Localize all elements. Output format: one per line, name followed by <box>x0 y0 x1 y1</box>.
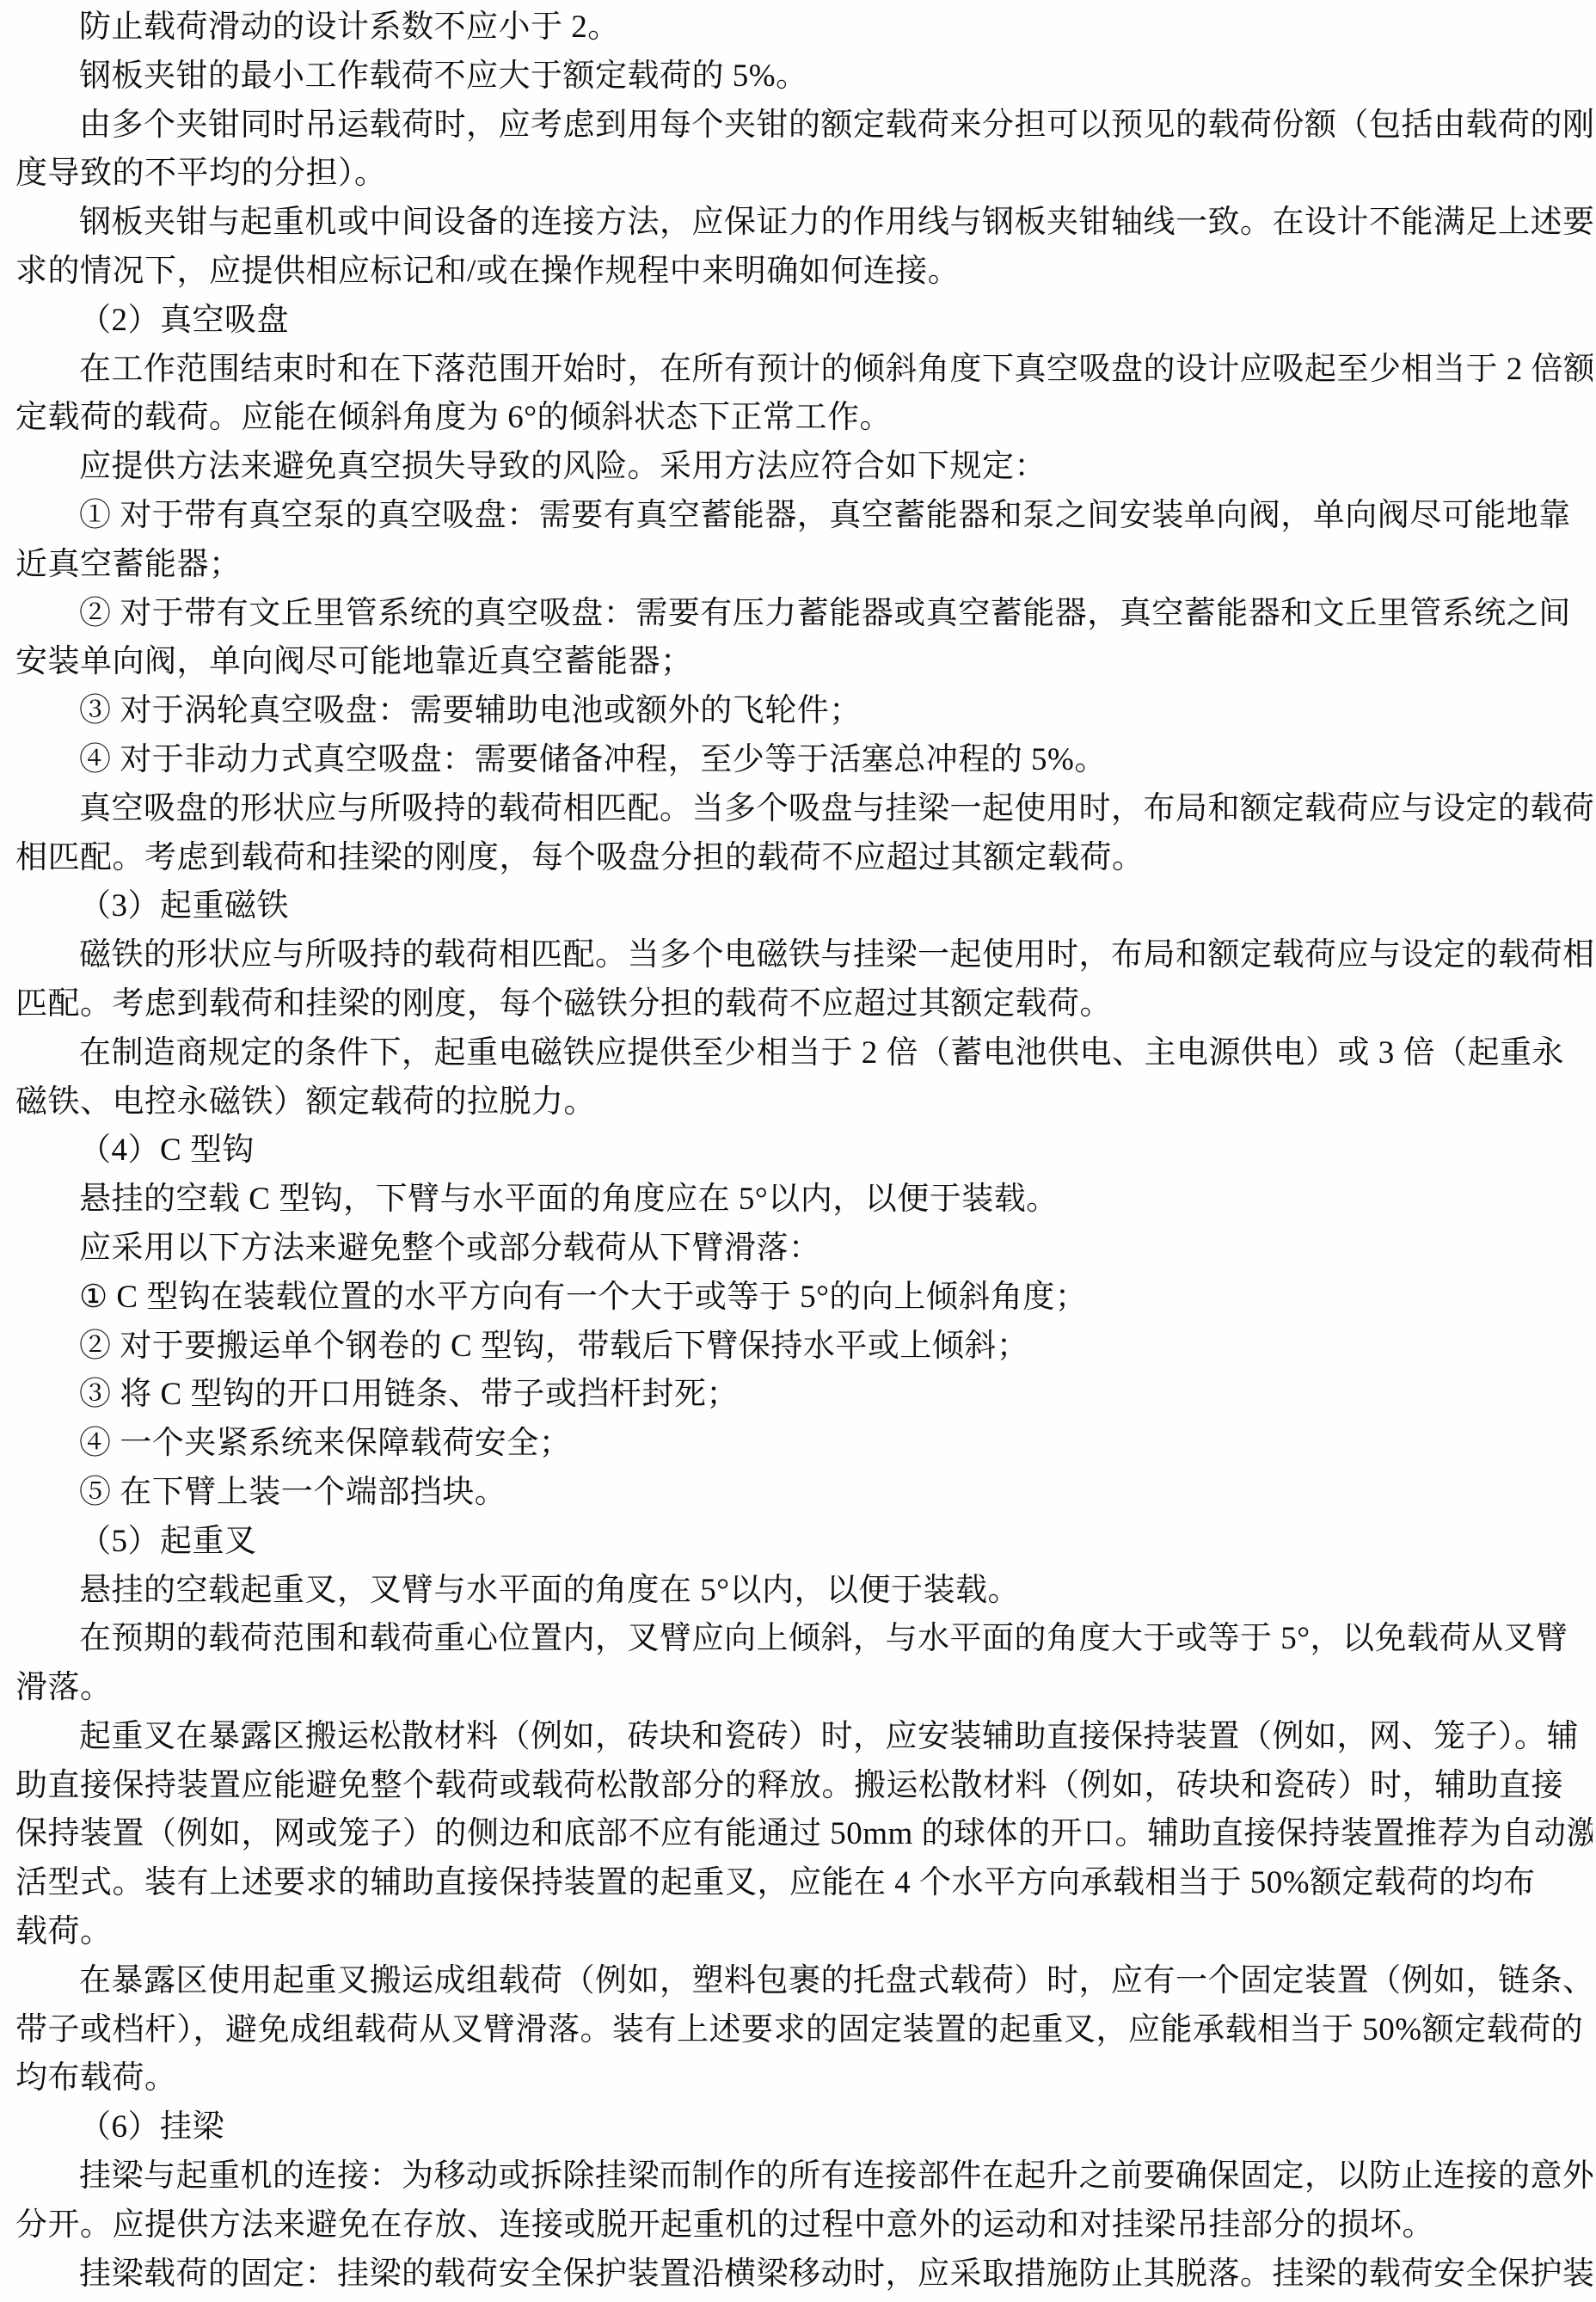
text-line: 度导致的不平均的分担）。 <box>15 150 1593 199</box>
text-line: ⑤ 在下臂上装一个端部挡块。 <box>15 1469 1593 1518</box>
text-line: 应采用以下方法来避免整个或部分载荷从下臂滑落： <box>15 1225 1593 1274</box>
text-line: （6）挂梁 <box>15 2103 1593 2152</box>
text-line: 求的情况下，应提供相应标记和/或在操作规程中来明确如何连接。 <box>15 248 1593 297</box>
text-line: 载荷。 <box>15 1908 1593 1957</box>
text-line: 磁铁的形状应与所吸持的载荷相匹配。当多个电磁铁与挂梁一起使用时，布局和额定载荷应… <box>15 931 1593 980</box>
text-line: 滑落。 <box>15 1664 1593 1713</box>
text-line: ④ 一个夹紧系统来保障载荷安全； <box>15 1420 1593 1469</box>
text-line: ④ 对于非动力式真空吸盘：需要储备冲程，至少等于活塞总冲程的 5%。 <box>15 736 1593 785</box>
text-line: 由多个夹钳同时吊运载荷时，应考虑到用每个夹钳的额定载荷来分担可以预见的载荷份额（… <box>15 101 1593 150</box>
text-line: （5）起重叉 <box>15 1518 1593 1567</box>
text-line: 在制造商规定的条件下，起重电磁铁应提供至少相当于 2 倍（蓄电池供电、主电源供电… <box>15 1029 1593 1078</box>
text-line: （4）C 型钩 <box>15 1126 1593 1176</box>
text-line: 在预期的载荷范围和载荷重心位置内，叉臂应向上倾斜，与水平面的角度大于或等于 5°… <box>15 1615 1593 1664</box>
text-line: 悬挂的空载 C 型钩，下臂与水平面的角度应在 5°以内，以便于装载。 <box>15 1176 1593 1225</box>
text-line: 挂梁载荷的固定：挂梁的载荷安全保护装置沿横梁移动时，应采取措施防止其脱落。挂梁的… <box>15 2250 1593 2299</box>
text-line: 真空吸盘的形状应与所吸持的载荷相匹配。当多个吸盘与挂梁一起使用时，布局和额定载荷… <box>15 785 1593 834</box>
text-line: 钢板夹钳与起重机或中间设备的连接方法，应保证力的作用线与钢板夹钳轴线一致。在设计… <box>15 199 1593 248</box>
text-line: 安装单向阀，单向阀尽可能地靠近真空蓄能器； <box>15 638 1593 687</box>
text-line: 保持装置（例如，网或笼子）的侧边和底部不应有能通过 50mm 的球体的开口。辅助… <box>15 1810 1593 1859</box>
text-line: ③ 将 C 型钩的开口用链条、带子或挡杆封死； <box>15 1371 1593 1420</box>
text-line: 分开。应提供方法来避免在存放、连接或脱开起重机的过程中意外的运动和对挂梁吊挂部分… <box>15 2201 1593 2250</box>
text-line: 相匹配。考虑到载荷和挂梁的刚度，每个吸盘分担的载荷不应超过其额定载荷。 <box>15 834 1593 883</box>
text-line: 钢板夹钳的最小工作载荷不应大于额定载荷的 5%。 <box>15 52 1593 101</box>
text-line: 磁铁、电控永磁铁）额定载荷的拉脱力。 <box>15 1078 1593 1127</box>
text-line: 定载荷的载荷。应能在倾斜角度为 6°的倾斜状态下正常工作。 <box>15 394 1593 443</box>
text-line: ① 对于带有真空泵的真空吸盘：需要有真空蓄能器，真空蓄能器和泵之间安装单向阀，单… <box>15 492 1593 541</box>
text-line: 防止载荷滑动的设计系数不应小于 2。 <box>15 3 1593 52</box>
text-line: （3）起重磁铁 <box>15 882 1593 931</box>
text-line: 应提供方法来避免真空损失导致的风险。采用方法应符合如下规定： <box>15 443 1593 492</box>
text-line: 匹配。考虑到载荷和挂梁的刚度，每个磁铁分担的载荷不应超过其额定载荷。 <box>15 980 1593 1029</box>
text-line: ② 对于要搬运单个钢卷的 C 型钩，带载后下臂保持水平或上倾斜； <box>15 1323 1593 1372</box>
text-line: ① C 型钩在装载位置的水平方向有一个大于或等于 5°的向上倾斜角度； <box>15 1274 1593 1323</box>
text-line: 起重叉在暴露区搬运松散材料（例如，砖块和瓷砖）时，应安装辅助直接保持装置（例如，… <box>15 1713 1593 1762</box>
document-text-block: 防止载荷滑动的设计系数不应小于 2。钢板夹钳的最小工作载荷不应大于额定载荷的 5… <box>15 3 1593 2299</box>
text-line: 均布载荷。 <box>15 2054 1593 2103</box>
text-line: 助直接保持装置应能避免整个载荷或载荷松散部分的释放。搬运松散材料（例如，砖块和瓷… <box>15 1762 1593 1811</box>
text-line: ③ 对于涡轮真空吸盘：需要辅助电池或额外的飞轮件； <box>15 687 1593 736</box>
text-line: 在工作范围结束时和在下落范围开始时，在所有预计的倾斜角度下真空吸盘的设计应吸起至… <box>15 346 1593 395</box>
text-line: 悬挂的空载起重叉，叉臂与水平面的角度在 5°以内，以便于装载。 <box>15 1567 1593 1616</box>
text-line: ② 对于带有文丘里管系统的真空吸盘：需要有压力蓄能器或真空蓄能器，真空蓄能器和文… <box>15 590 1593 639</box>
text-line: 近真空蓄能器； <box>15 541 1593 590</box>
text-line: 在暴露区使用起重叉搬运成组载荷（例如，塑料包裹的托盘式载荷）时，应有一个固定装置… <box>15 1957 1593 2006</box>
text-line: 挂梁与起重机的连接：为移动或拆除挂梁而制作的所有连接部件在起升之前要确保固定，以… <box>15 2152 1593 2201</box>
text-line: （2）真空吸盘 <box>15 297 1593 346</box>
text-line: 带子或档杆），避免成组载荷从叉臂滑落。装有上述要求的固定装置的起重叉，应能承载相… <box>15 2006 1593 2055</box>
document-page: 防止载荷滑动的设计系数不应小于 2。钢板夹钳的最小工作载荷不应大于额定载荷的 5… <box>0 0 1596 2302</box>
text-line: 活型式。装有上述要求的辅助直接保持装置的起重叉，应能在 4 个水平方向承载相当于… <box>15 1859 1593 1908</box>
